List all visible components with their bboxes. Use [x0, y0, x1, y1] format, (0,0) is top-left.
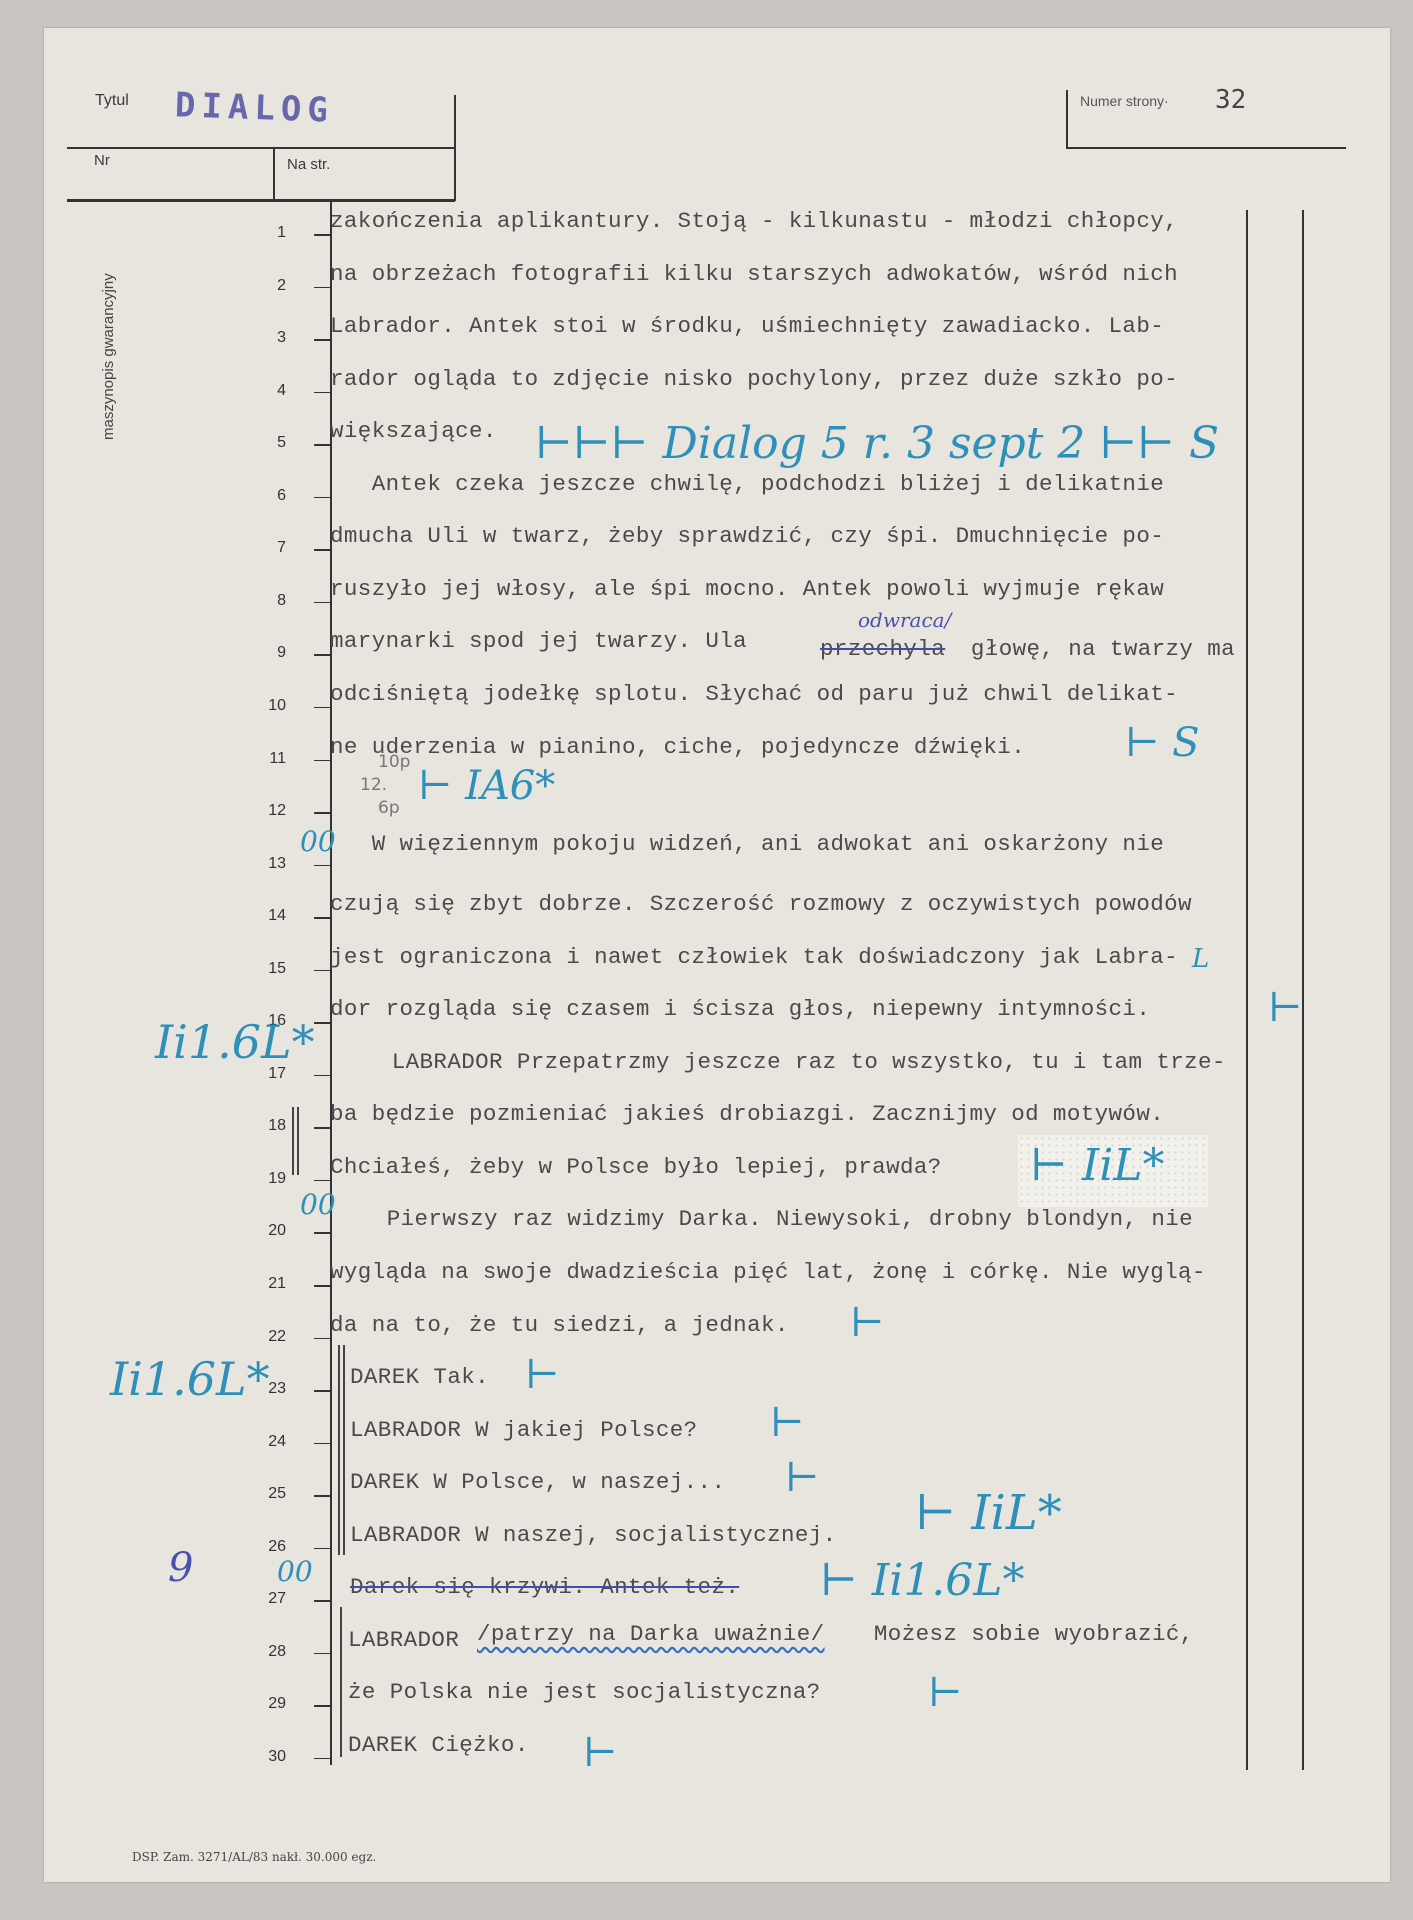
typed-line: większające.	[330, 418, 497, 444]
nr-label: Nr	[94, 152, 110, 169]
typed-line: LABRADOR	[348, 1627, 473, 1653]
ii16-mark-1: Ii1.6L*	[155, 1015, 315, 1069]
correction-note: odwraca/	[858, 608, 951, 632]
line28-rest: Możesz sobie wyobrazić,	[860, 1621, 1194, 1647]
na-str-bottom-rule	[67, 199, 455, 202]
pencil-12: 12.	[360, 775, 387, 795]
typed-line: zakończenia aplikantury. Stoją - kilkuna…	[330, 208, 1178, 234]
line-number: 27	[256, 1590, 286, 1608]
line-number: 4	[256, 382, 286, 400]
line-number: 22	[256, 1328, 286, 1346]
iil-mark-2: ⊢ IiL*	[915, 1485, 1062, 1541]
line-tick	[314, 760, 330, 762]
line-tick	[314, 1127, 330, 1129]
typed-line: dor rozgląda się czasem i ścisza głos, n…	[330, 996, 1150, 1022]
line-tick	[314, 1285, 330, 1287]
line-number: 14	[256, 907, 286, 925]
typed-line: rador ogląda to zdjęcie nisko pochylony,…	[330, 366, 1178, 392]
line-tick	[314, 1075, 330, 1077]
tick-mark: ⊢	[770, 1400, 804, 1446]
line-number: 25	[256, 1485, 286, 1503]
bracket-bar	[338, 1345, 340, 1555]
line-tick	[314, 1390, 330, 1392]
line-tick	[314, 444, 330, 446]
typed-line: marynarki spod jej twarzy. Ula	[330, 628, 761, 654]
print-footer: DSP. Zam. 3271/AL/83 nakł. 30.000 egz.	[132, 1850, 376, 1864]
line-number: 2	[256, 277, 286, 295]
pencil-10p: 10p	[378, 752, 410, 772]
line-tick	[314, 1180, 330, 1182]
typed-line: W więziennym pokoju widzeń, ani adwokat …	[330, 831, 1164, 857]
line-tick	[314, 654, 330, 656]
line-number: 29	[256, 1695, 286, 1713]
line-number: 30	[256, 1748, 286, 1766]
line-tick	[314, 1338, 330, 1340]
line-tick	[314, 1232, 330, 1234]
line-number: 10	[256, 697, 286, 715]
line-tick	[314, 1443, 330, 1445]
line-tick	[314, 917, 330, 919]
tick-mark: ⊢	[928, 1670, 962, 1716]
line-tick	[314, 497, 330, 499]
line-number: 7	[256, 539, 286, 557]
typed-line: że Polska nie jest socjalistyczna?	[348, 1679, 821, 1705]
typed-line: da na to, że tu siedzi, a jednak.	[330, 1312, 789, 1338]
struck-word: przechyla	[820, 636, 945, 662]
line-tick	[314, 549, 330, 551]
typed-line: Chciałeś, żeby w Polsce było lepiej, pra…	[330, 1154, 942, 1180]
line-number: 24	[256, 1433, 286, 1451]
line-number: 9	[256, 644, 286, 662]
typed-line: Antek czeka jeszcze chwilę, podchodzi bl…	[330, 471, 1164, 497]
bracket-bar	[297, 1107, 299, 1175]
typed-line: odciśniętą jodełkę splotu. Słychać od pa…	[330, 681, 1178, 707]
typed-line: Pierwszy raz widzimy Darka. Niewysoki, d…	[345, 1206, 1193, 1232]
line-tick	[314, 812, 330, 814]
line-number: 12	[256, 802, 286, 820]
tick-mark: ⊢	[850, 1300, 884, 1346]
typed-line: LABRADOR Przepatrzmy jeszcze raz to wszy…	[350, 1049, 1226, 1075]
bracket-bar	[343, 1345, 345, 1555]
tick-mark: ⊢	[785, 1455, 819, 1501]
tick-mark: ⊢	[583, 1730, 617, 1776]
line-tick	[314, 1758, 330, 1760]
line-number: 26	[256, 1538, 286, 1556]
title-label: Tytul	[95, 92, 129, 110]
typed-line: DAREK Ciężko.	[348, 1732, 529, 1758]
line-tick	[314, 234, 330, 236]
line-tick	[314, 1022, 330, 1024]
line-tick	[314, 602, 330, 604]
typed-line: wygląda na swoje dwadzieścia pięć lat, ż…	[330, 1259, 1206, 1285]
typed-line: dmucha Uli w twarz, żeby sprawdzić, czy …	[330, 523, 1164, 549]
page-number-rule	[1066, 147, 1346, 149]
typed-line: ba będzie pozmieniać jakieś drobiazgi. Z…	[330, 1101, 1164, 1127]
line-number: 6	[256, 487, 286, 505]
na-str-divider	[273, 147, 275, 201]
ia6-mark: ⊢ IA6*	[418, 763, 555, 809]
s-mark: ⊢ S	[1125, 720, 1200, 766]
typed-line: Darek się krzywi. Antek też.	[350, 1574, 739, 1600]
line-number: 15	[256, 960, 286, 978]
line-tick	[314, 1653, 330, 1655]
line-tick	[314, 392, 330, 394]
margin-oo-2: 00	[300, 1188, 336, 1221]
typed-line: jest ograniczona i nawet człowiek tak do…	[330, 944, 1178, 970]
header-right-border	[454, 95, 456, 201]
line-tick	[314, 970, 330, 972]
tick-mark: ⊢	[1268, 985, 1302, 1031]
ii16-mark-3: ⊢ Ii1.6L*	[820, 1555, 1024, 1606]
side-label: maszynopis gwarancyjny	[100, 273, 117, 440]
line-tick	[314, 865, 330, 867]
line-number: 19	[256, 1170, 286, 1188]
line-number: 5	[256, 434, 286, 452]
line-tick	[314, 1495, 330, 1497]
margin-violet-mark: 9	[168, 1545, 193, 1591]
right-margin-line-1	[1246, 210, 1248, 1770]
cursive-l-correction: L	[1192, 944, 1209, 974]
bracket-bar	[292, 1107, 294, 1175]
iil-mark-1: ⊢ IiL*	[1030, 1140, 1165, 1191]
line-number: 3	[256, 329, 286, 347]
typed-line: ruszyło jej włosy, ale śpi mocno. Antek …	[330, 576, 1164, 602]
dialog-note: ⊢⊢⊢ Dialog 5 r. 3 sept 2 ⊢⊢ S	[535, 418, 1219, 469]
ii16-mark-2: Ii1.6L*	[110, 1352, 270, 1406]
page-number-border	[1066, 90, 1068, 148]
line-tick	[314, 1600, 330, 1602]
line-number: 20	[256, 1222, 286, 1240]
line-number: 8	[256, 592, 286, 610]
line-number: 13	[256, 855, 286, 873]
tick-mark: ⊢	[525, 1352, 559, 1398]
typed-line: czują się zbyt dobrze. Szczerość rozmowy…	[330, 891, 1192, 917]
bracket-bar	[340, 1607, 342, 1757]
title-stamp: DIALOG	[174, 85, 334, 131]
line-number: 1	[256, 224, 286, 242]
page-number-label: Numer strony·	[1080, 93, 1169, 109]
typed-line: LABRADOR W naszej, socjalistycznej.	[350, 1522, 837, 1548]
margin-oo-1: 00	[300, 825, 336, 858]
typed-line: na obrzeżach fotografii kilku starszych …	[330, 261, 1178, 287]
header-rule	[67, 147, 455, 149]
pencil-6p: 6p	[378, 798, 400, 818]
line-number: 21	[256, 1275, 286, 1293]
line-number: 11	[256, 750, 286, 768]
line-tick	[314, 707, 330, 709]
line-tick	[314, 287, 330, 289]
line-tick	[314, 339, 330, 341]
na-str-label: Na str.	[287, 156, 330, 173]
line-number: 18	[256, 1117, 286, 1135]
typed-line: DAREK W Polsce, w naszej...	[350, 1469, 725, 1495]
line-number: 28	[256, 1643, 286, 1661]
stage-direction: /patrzy na Darka uważnie/	[477, 1621, 825, 1647]
line-tick	[314, 1705, 330, 1707]
typed-line: ne uderzenia w pianino, ciche, pojedyncz…	[330, 734, 1025, 760]
line-tick	[314, 1548, 330, 1550]
typed-line: DAREK Tak.	[350, 1364, 489, 1390]
typed-line: Labrador. Antek stoi w środku, uśmiechni…	[330, 313, 1164, 339]
margin-oo-3: 00	[277, 1555, 313, 1588]
line9-rest: głowę, na twarzy ma	[957, 636, 1235, 662]
page-number: 32	[1215, 85, 1246, 115]
typed-line: LABRADOR W jakiej Polsce?	[350, 1417, 698, 1443]
